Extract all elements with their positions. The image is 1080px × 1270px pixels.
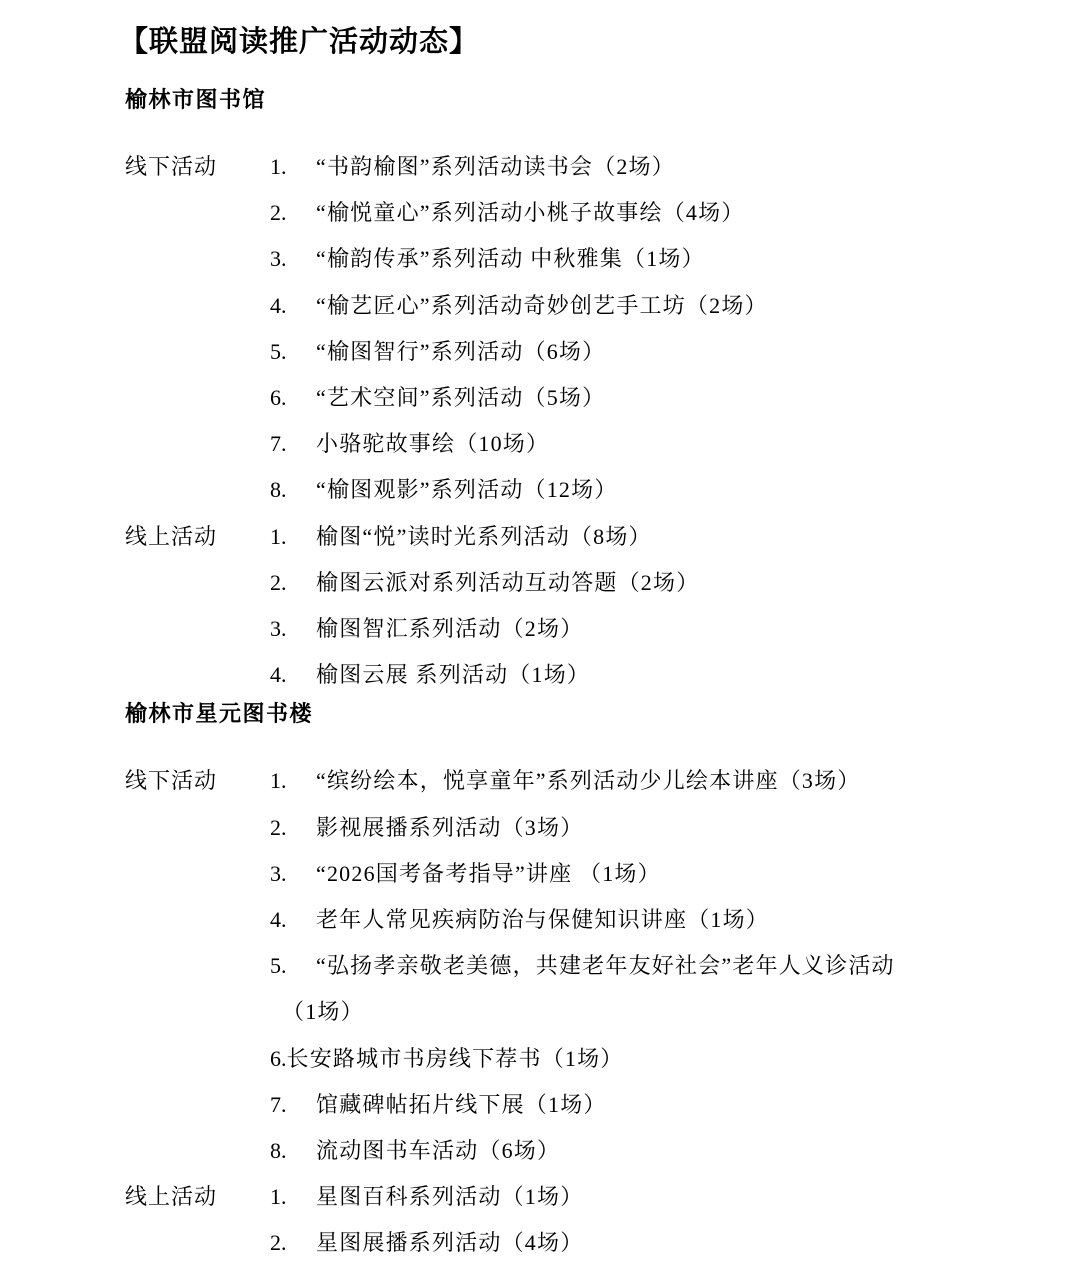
activity-item-line: 7. 馆藏碑帖拓片线下展（1场） <box>270 1082 1000 1128</box>
item-number: 3. <box>270 236 316 282</box>
item-number: 2. <box>270 190 316 236</box>
items-column: 1. “书韵榆图”系列活动读书会（2场） 2. “榆悦童心”系列活动小桃子故事绘… <box>270 144 1000 514</box>
item-number: 1. <box>270 758 316 804</box>
item-number: 8. <box>270 1128 316 1174</box>
activity-item-line: 6. “艺术空间”系列活动（5场） <box>270 375 1000 421</box>
activity-item: 2. 星图展播系列活动（4场） <box>270 1220 1000 1266</box>
activity-item: 7. 小骆驼故事绘（10场） <box>270 421 1000 467</box>
activity-item: 2. 影视展播系列活动（3场） <box>270 805 1000 851</box>
item-number: 4. <box>270 283 316 329</box>
section-heading: 榆林市图书馆 <box>125 84 1000 116</box>
item-continuation: （1场） <box>282 989 1000 1035</box>
groups-container: 线下活动 1. “缤纷绘本，悦享童年”系列活动少儿绘本讲座（3场） 2. 影视展… <box>125 758 1000 1266</box>
activity-item-line: 8. “榆图观影”系列活动（12场） <box>270 467 1000 513</box>
activity-item-line: 2. 榆图云派对系列活动互动答题（2场） <box>270 560 1000 606</box>
activity-item: 4. 老年人常见疾病防治与保健知识讲座（1场） <box>270 897 1000 943</box>
items-column: 1. “缤纷绘本，悦享童年”系列活动少儿绘本讲座（3场） 2. 影视展播系列活动… <box>270 758 1000 1174</box>
groups-container: 线下活动 1. “书韵榆图”系列活动读书会（2场） 2. “榆悦童心”系列活动小… <box>125 144 1000 698</box>
item-number: 4. <box>270 652 316 698</box>
activity-item-line: 5. “弘扬孝亲敬老美德，共建老年友好社会”老年人义诊活动 <box>270 943 1000 989</box>
item-text: 老年人常见疾病防治与保健知识讲座（1场） <box>316 897 769 943</box>
item-number: 3. <box>270 606 316 652</box>
item-text: “榆图智行”系列活动（6场） <box>316 329 605 375</box>
item-text: 星图百科系列活动（1场） <box>316 1174 583 1220</box>
activity-item-line: 2. “榆悦童心”系列活动小桃子故事绘（4场） <box>270 190 1000 236</box>
item-number: 1. <box>270 1174 316 1220</box>
item-text: “2026国考备考指导”讲座 （1场） <box>316 851 661 897</box>
item-number: 1. <box>270 514 316 560</box>
group-label: 线下活动 <box>125 144 270 190</box>
activity-item: 6. “艺术空间”系列活动（5场） <box>270 375 1000 421</box>
item-text: “缤纷绘本，悦享童年”系列活动少儿绘本讲座（3场） <box>316 758 861 804</box>
activity-item: 1. 星图百科系列活动（1场） <box>270 1174 1000 1220</box>
activity-group: 线下活动 1. “书韵榆图”系列活动读书会（2场） 2. “榆悦童心”系列活动小… <box>125 144 1000 514</box>
activity-item: 4. “榆艺匠心”系列活动奇妙创艺手工坊（2场） <box>270 283 1000 329</box>
group-label: 线上活动 <box>125 514 270 560</box>
group-label: 线上活动 <box>125 1174 270 1220</box>
activity-item-line: 7. 小骆驼故事绘（10场） <box>270 421 1000 467</box>
activity-group: 线上活动 1. 星图百科系列活动（1场） 2. 星图展播系列活动（4场） <box>125 1174 1000 1266</box>
item-text: 榆图智汇系列活动（2场） <box>316 606 583 652</box>
item-text: 影视展播系列活动（3场） <box>316 805 583 851</box>
activity-item-line: 4. 榆图云展 系列活动（1场） <box>270 652 1000 698</box>
activity-item: 2. “榆悦童心”系列活动小桃子故事绘（4场） <box>270 190 1000 236</box>
item-text: “榆韵传承”系列活动 中秋雅集（1场） <box>316 236 705 282</box>
item-number: 6. <box>270 1036 287 1082</box>
item-text: “书韵榆图”系列活动读书会（2场） <box>316 144 675 190</box>
activity-item-line: 4. 老年人常见疾病防治与保健知识讲座（1场） <box>270 897 1000 943</box>
item-number: 7. <box>270 421 316 467</box>
item-text: “榆悦童心”系列活动小桃子故事绘（4场） <box>316 190 745 236</box>
activity-item: 8. 流动图书车活动（6场） <box>270 1128 1000 1174</box>
activity-item: 5. “弘扬孝亲敬老美德，共建老年友好社会”老年人义诊活动 （1场） <box>270 943 1000 1035</box>
activity-item: 1. “缤纷绘本，悦享童年”系列活动少儿绘本讲座（3场） <box>270 758 1000 804</box>
item-text: “弘扬孝亲敬老美德，共建老年友好社会”老年人义诊活动 <box>316 943 895 989</box>
activity-item-line: 3. “2026国考备考指导”讲座 （1场） <box>270 851 1000 897</box>
item-text: 榆图云派对系列活动互动答题（2场） <box>316 560 699 606</box>
activity-item: 3. “榆韵传承”系列活动 中秋雅集（1场） <box>270 236 1000 282</box>
item-number: 8. <box>270 467 316 513</box>
page-title: 【联盟阅读推广活动动态】 <box>119 22 1000 62</box>
activity-group: 线下活动 1. “缤纷绘本，悦享童年”系列活动少儿绘本讲座（3场） 2. 影视展… <box>125 758 1000 1174</box>
activity-item-line: 3. 榆图智汇系列活动（2场） <box>270 606 1000 652</box>
activity-group: 线上活动 1. 榆图“悦”读时光系列活动（8场） 2. 榆图云派对系列活动互动答… <box>125 514 1000 699</box>
activity-item-line: 2. 影视展播系列活动（3场） <box>270 805 1000 851</box>
activity-item-line: 5. “榆图智行”系列活动（6场） <box>270 329 1000 375</box>
item-text: 小骆驼故事绘（10场） <box>316 421 549 467</box>
item-number: 4. <box>270 897 316 943</box>
item-number: 5. <box>270 943 316 989</box>
activity-item-line: 2. 星图展播系列活动（4场） <box>270 1220 1000 1266</box>
activity-item: 6. 长安路城市书房线下荐书（1场） <box>270 1036 1000 1082</box>
activity-item-line: 1. 榆图“悦”读时光系列活动（8场） <box>270 514 1000 560</box>
items-column: 1. 榆图“悦”读时光系列活动（8场） 2. 榆图云派对系列活动互动答题（2场）… <box>270 514 1000 699</box>
item-text: 长安路城市书房线下荐书（1场） <box>287 1036 624 1082</box>
items-column: 1. 星图百科系列活动（1场） 2. 星图展播系列活动（4场） <box>270 1174 1000 1266</box>
item-text: 馆藏碑帖拓片线下展（1场） <box>316 1082 607 1128</box>
item-text: “榆艺匠心”系列活动奇妙创艺手工坊（2场） <box>316 283 768 329</box>
activity-item: 1. “书韵榆图”系列活动读书会（2场） <box>270 144 1000 190</box>
item-number: 2. <box>270 1220 316 1266</box>
item-text: 流动图书车活动（6场） <box>316 1128 560 1174</box>
activity-item-line: 4. “榆艺匠心”系列活动奇妙创艺手工坊（2场） <box>270 283 1000 329</box>
section-heading: 榆林市星元图书楼 <box>125 698 1000 730</box>
item-text: 榆图“悦”读时光系列活动（8场） <box>316 514 652 560</box>
activity-item: 8. “榆图观影”系列活动（12场） <box>270 467 1000 513</box>
item-number: 3. <box>270 851 316 897</box>
activity-item-line: 6. 长安路城市书房线下荐书（1场） <box>270 1036 1000 1082</box>
item-text: “艺术空间”系列活动（5场） <box>316 375 605 421</box>
item-number: 5. <box>270 329 316 375</box>
item-number: 6. <box>270 375 316 421</box>
activity-item: 3. “2026国考备考指导”讲座 （1场） <box>270 851 1000 897</box>
activity-item-line: 8. 流动图书车活动（6场） <box>270 1128 1000 1174</box>
item-text: 星图展播系列活动（4场） <box>316 1220 583 1266</box>
group-label: 线下活动 <box>125 758 270 804</box>
activity-item: 5. “榆图智行”系列活动（6场） <box>270 329 1000 375</box>
item-number: 7. <box>270 1082 316 1128</box>
item-number: 2. <box>270 560 316 606</box>
library-section: 榆林市星元图书楼 线下活动 1. “缤纷绘本，悦享童年”系列活动少儿绘本讲座（3… <box>125 698 1000 1266</box>
activity-item: 3. 榆图智汇系列活动（2场） <box>270 606 1000 652</box>
activity-item-line: 1. 星图百科系列活动（1场） <box>270 1174 1000 1220</box>
item-number: 2. <box>270 805 316 851</box>
item-text: 榆图云展 系列活动（1场） <box>316 652 590 698</box>
library-section: 榆林市图书馆 线下活动 1. “书韵榆图”系列活动读书会（2场） 2. “榆悦童… <box>125 84 1000 698</box>
activity-item: 4. 榆图云展 系列活动（1场） <box>270 652 1000 698</box>
activity-item: 7. 馆藏碑帖拓片线下展（1场） <box>270 1082 1000 1128</box>
item-text: “榆图观影”系列活动（12场） <box>316 467 618 513</box>
activity-item-line: 1. “缤纷绘本，悦享童年”系列活动少儿绘本讲座（3场） <box>270 758 1000 804</box>
document-page: 【联盟阅读推广活动动态】 榆林市图书馆 线下活动 1. “书韵榆图”系列活动读书… <box>0 0 1080 1267</box>
item-number: 1. <box>270 144 316 190</box>
activity-item: 1. 榆图“悦”读时光系列活动（8场） <box>270 514 1000 560</box>
activity-item-line: 3. “榆韵传承”系列活动 中秋雅集（1场） <box>270 236 1000 282</box>
activity-item: 2. 榆图云派对系列活动互动答题（2场） <box>270 560 1000 606</box>
activity-item-line: 1. “书韵榆图”系列活动读书会（2场） <box>270 144 1000 190</box>
sections-container: 榆林市图书馆 线下活动 1. “书韵榆图”系列活动读书会（2场） 2. “榆悦童… <box>125 84 1000 1267</box>
